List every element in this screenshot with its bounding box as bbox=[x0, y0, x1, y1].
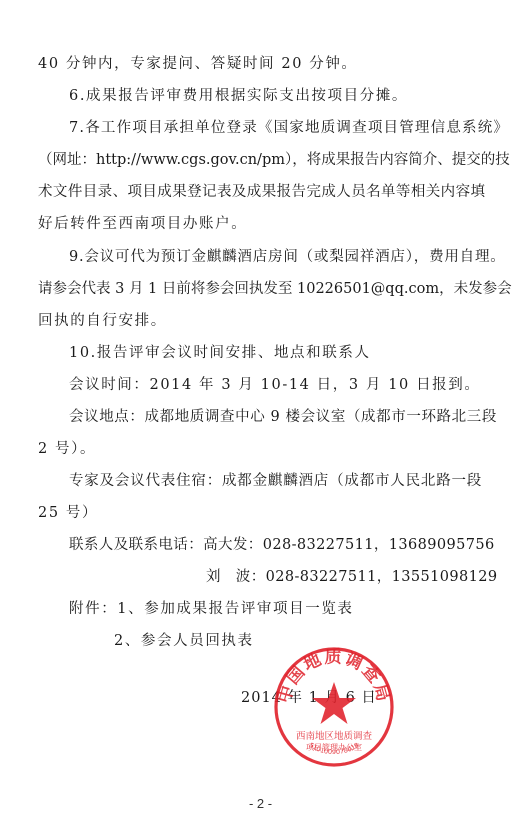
attachment-line: 附件：1、参加成果报告评审项目一览表 bbox=[69, 599, 354, 619]
text-line: 回执的自行安排。 bbox=[38, 311, 167, 331]
text-line: 会议时间：2014 年 3 月 10-14 日，3 月 10 日报到。 bbox=[69, 375, 480, 395]
text-line: 好后转件至西南项目办账户。 bbox=[38, 214, 247, 234]
official-seal-icon: 中国地质调查局 西南地区地质调查 项目管理办公室 5101009078018 bbox=[273, 646, 395, 768]
text-line: 40 分钟内，专家提问、答疑时间 20 分钟。 bbox=[38, 54, 358, 74]
text-line: 6.成果报告评审费用根据实际支出按项目分摊。 bbox=[69, 86, 408, 106]
text-line: （网址：http://www.cgs.gov.cn/pm），将成果报告内容简介、… bbox=[38, 150, 485, 170]
text-line: 25 号） bbox=[38, 503, 98, 523]
text-line: 术文件目录、项目成果登记表及成果报告完成人员名单等相关内容填 bbox=[38, 182, 485, 202]
attachment-line: 2、参会人员回执表 bbox=[114, 631, 254, 651]
contact-line: 联系人及联系电话：高大发：028-83227511，13689095756 bbox=[69, 535, 495, 555]
text-line: 2 号）。 bbox=[38, 439, 96, 459]
text-line: 10.报告评审会议时间安排、地点和联系人 bbox=[69, 343, 371, 363]
page-number: - 2 - bbox=[0, 796, 521, 811]
text-line: 9.会议可代为预订金麒麟酒店房间（或梨园祥酒店），费用自理。 bbox=[69, 247, 506, 267]
text-line: 会议地点：成都地质调查中心 9 楼会议室（成都市一环路北三段 bbox=[69, 407, 497, 427]
text-line: 请参会代表 3 月 1 日前将参会回执发至 10226501@qq.com，未发… bbox=[38, 279, 485, 299]
contact-line: 刘 波：028-83227511，13551098129 bbox=[206, 567, 498, 587]
text-line: 7.各工作项目承担单位登录《国家地质调查项目管理信息系统》 bbox=[69, 118, 509, 138]
text-line: 专家及会议代表住宿：成都金麒麟酒店（成都市人民北路一段 bbox=[69, 471, 482, 491]
svg-text:西南地区地质调查: 西南地区地质调查 bbox=[296, 730, 373, 742]
